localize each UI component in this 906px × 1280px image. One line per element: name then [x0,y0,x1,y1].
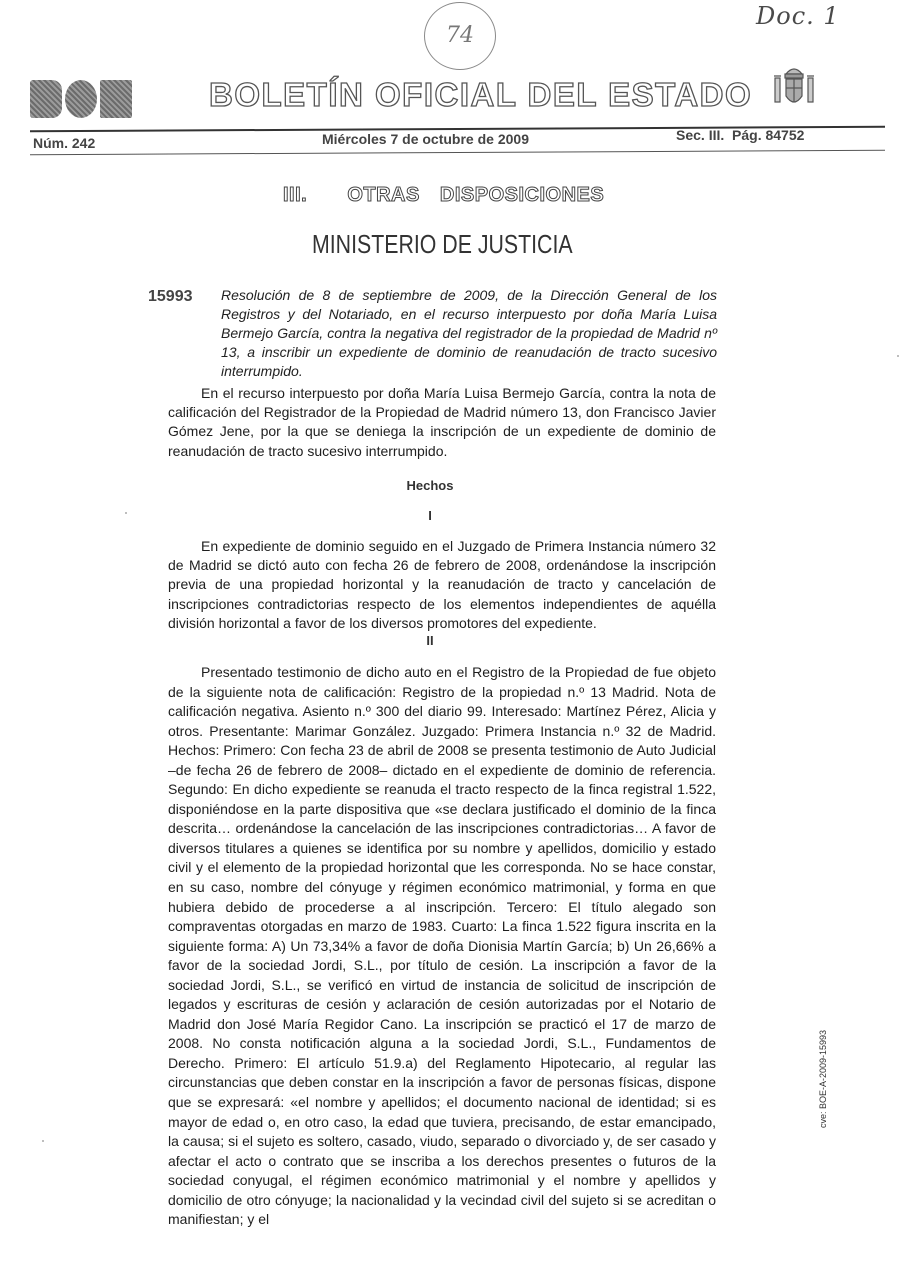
boe-logo-letter-o: O [65,80,97,118]
resolution-number: 15993 [148,288,193,306]
issue-number: Núm. 242 [33,135,95,151]
handwritten-doc-note: Doc. 1 [756,2,840,30]
scan-speck [897,355,899,357]
handwritten-stamp: 74 [424,2,496,70]
paragraph-ii: Presentado testimonio de dicho auto en e… [168,663,716,1230]
section-title: III. OTRAS DISPOSICIONES [283,184,604,207]
section-page-number: Sec. III. Pág. 84752 [676,127,804,143]
boe-document-page: 74 Doc. 1 B O E BOLETÍN OFICIAL DEL ESTA… [0,0,906,1280]
intro-paragraph: En el recurso interpuesto por doña María… [168,384,716,461]
resolution-summary: Resolución de 8 de septiembre de 2009, d… [221,286,717,381]
paragraph-i: En expediente de dominio seguido en el J… [168,537,716,633]
header-rule-bottom [30,150,885,155]
heading-roman-ii: II [370,633,490,648]
scan-speck [42,1140,44,1142]
ministry-title: MINISTERIO DE JUSTICIA [312,229,573,260]
cve-identifier: cve: BOE-A-2009-15993 [818,1030,828,1128]
boe-logo-letter-b: B [30,80,62,118]
coat-of-arms-icon [772,64,816,112]
masthead-title: BOLETÍN OFICIAL DEL ESTADO [209,76,752,114]
issue-date: Miércoles 7 de octubre de 2009 [322,131,529,147]
scan-speck [125,512,127,514]
boe-logo-letter-e: E [100,80,132,118]
heading-roman-i: I [370,508,490,523]
heading-hechos: Hechos [400,478,460,493]
boe-logo: B O E [30,80,132,118]
